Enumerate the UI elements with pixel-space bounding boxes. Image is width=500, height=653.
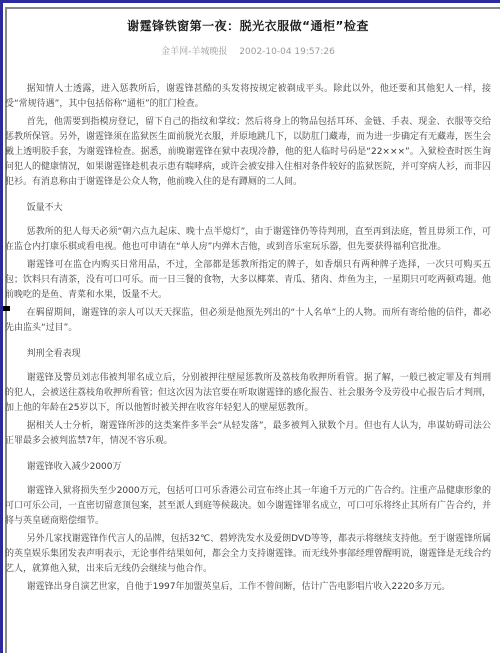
publish-timestamp: 2002-10-04 19:57:26: [239, 47, 335, 57]
source-name: 金羊网-羊城晚报: [161, 47, 227, 57]
section-heading-income: 谢霆锋收入减少2000万: [5, 460, 491, 475]
section-heading-appetite: 饭量不大: [5, 201, 491, 216]
paragraph: 据知情人士透露，进入惩教所后，谢霆锋甚酷的头发将按规定被剃成平头。除此以外，他还…: [5, 82, 491, 112]
section-heading-sentencing: 判刑全看表现: [5, 347, 491, 362]
paragraph: 惩教所的犯人每天必须“朝六点九起床、晚十点半熄灯”，由于谢霆锋仍等待判刑，直至再…: [5, 225, 491, 255]
paragraph: 谢霆锋可在监仓内购买日常用品，不过，全部都是惩教所指定的牌子，如香烟只有两种牌子…: [5, 258, 491, 303]
paragraph: 谢霆锋入狱将损失至少2000万元，包括可口可乐香港公司宣布终止其一年逾千万元的广…: [5, 484, 491, 529]
page-title: 谢霆锋铁窗第一夜：脱光衣服做“通柜”检查: [5, 19, 491, 34]
article-page: 谢霆锋铁窗第一夜：脱光衣服做“通柜”检查 金羊网-羊城晚报 2002-10-04…: [3, 3, 500, 653]
paragraph: 在羁留期间，谢霆锋的亲人可以天天探监，但必须是他预先列出的“十人名单”上的人物。…: [5, 306, 491, 336]
paragraph: 据相关人士分析，谢霆锋所涉的这类案件多半会“从轻发落”，最多被判入狱数个月。但也…: [5, 419, 491, 449]
paragraph: 另外几家找谢霆锋作代言人的品牌，包括32℃、碧婷洗发水及爱朗DVD等等，都表示将…: [5, 532, 491, 577]
byline: 金羊网-羊城晚报 2002-10-04 19:57:26: [5, 47, 491, 58]
left-edge-marker: [3, 306, 10, 311]
paragraph: 谢霆锋及警员刘志伟被判罪名成立后，分别被押往壁屋惩教所及荔枝角收押所看管。据了解…: [5, 371, 491, 416]
browser-window: 谢霆锋铁窗第一夜：脱光衣服做“通柜”检查 金羊网-羊城晚报 2002-10-04…: [0, 0, 500, 653]
paragraph: 谢霆锋出身自演艺世家，自他于1997年加盟英皇后，工作不曾间断，估计广告电影唱片…: [5, 580, 491, 595]
article-body: 据知情人士透露，进入惩教所后，谢霆锋甚酷的头发将按规定被剃成平头。除此以外，他还…: [5, 82, 491, 595]
paragraph: 首先，他需要到指模房登记，留下自己的指纹和掌纹；然后将身上的物品包括耳环、金链、…: [5, 115, 491, 190]
